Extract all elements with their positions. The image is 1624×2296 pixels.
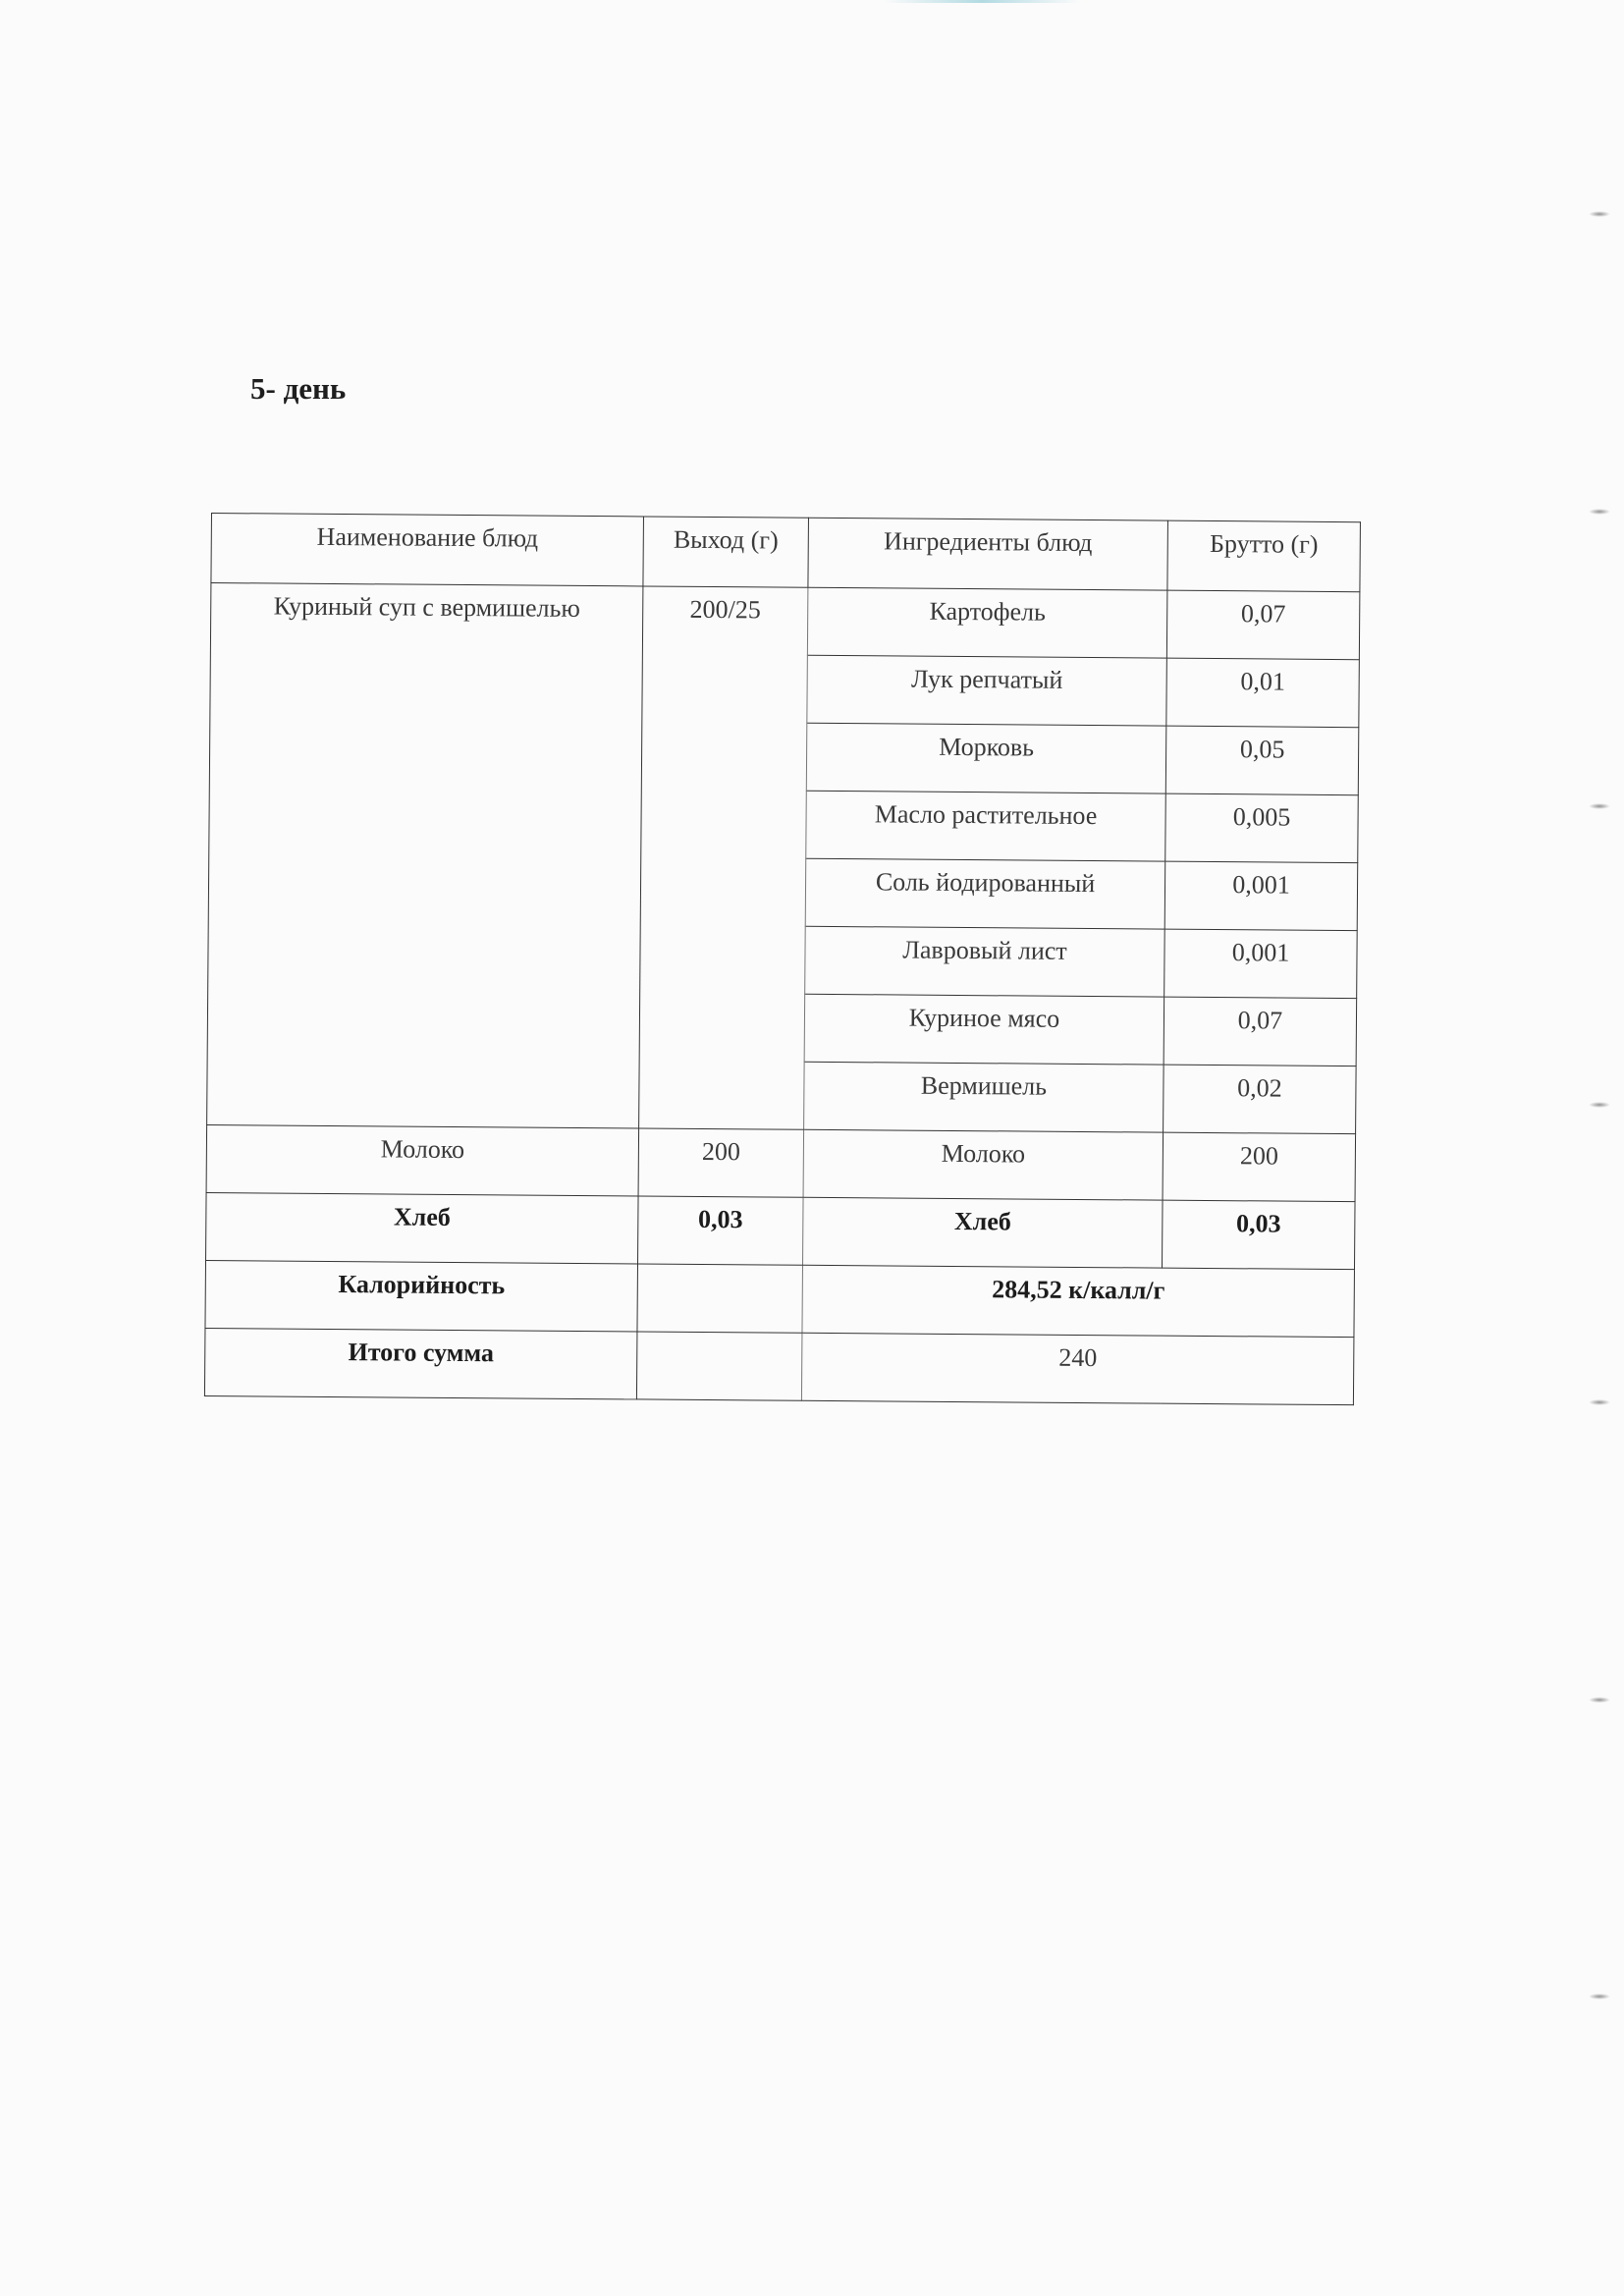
ingredient-gross-cell: 0,05 [1165,726,1359,795]
ingredient-name-cell: Куриное мясо [804,994,1164,1065]
ingredient-name-cell: Морковь [806,723,1166,793]
ingredient-gross-cell: 0,07 [1164,997,1357,1066]
total-value: 240 [801,1333,1354,1404]
menu-table: Наименование блюд Выход (г) Ингредиенты … [204,513,1361,1405]
binding-hole-mark [1589,1102,1610,1108]
ingredient-name-cell: Лавровый лист [805,926,1165,997]
total-row: Итого сумма240 [204,1328,1354,1404]
table-header-row: Наименование блюд Выход (г) Ингредиенты … [211,514,1361,592]
ingredient-name-cell: Хлеб [803,1197,1164,1268]
table-row: Молоко200Молоко200 [206,1124,1356,1201]
table-body: Куриный суп с вермишелью200/25Картофель0… [204,583,1359,1405]
dish-name-cell: Хлеб [206,1192,639,1263]
calories-label: Калорийность [205,1260,638,1331]
calories-value: 284,52 к/калл/г [802,1265,1355,1337]
binding-hole-mark [1589,1697,1610,1703]
dish-yield-cell: 200 [638,1128,804,1197]
ingredient-gross-cell: 200 [1163,1132,1356,1202]
ingredient-name-cell: Вермишель [804,1062,1164,1132]
binding-hole-mark [1589,803,1610,809]
calories-row: Калорийность284,52 к/калл/г [205,1260,1355,1337]
ingredient-gross-cell: 0,001 [1164,929,1358,999]
ingredient-name-cell: Масло растительное [806,791,1166,861]
table-row: Куриный суп с вермишелью200/25Картофель0… [210,583,1360,660]
ingredient-name-cell: Молоко [803,1129,1164,1200]
ingredient-gross-cell: 0,001 [1164,861,1358,931]
binding-hole-mark [1589,509,1610,515]
dish-yield-cell: 0,03 [638,1196,804,1265]
header-ingredients: Ингредиенты блюд [808,518,1168,590]
table-row: Хлеб0,03Хлеб0,03 [206,1192,1356,1269]
binding-hole-mark [1589,1399,1610,1405]
ingredient-gross-cell: 0,005 [1165,793,1359,863]
total-empty-cell [636,1332,802,1400]
dish-name-cell: Молоко [206,1124,639,1195]
ingredient-gross-cell: 0,03 [1162,1200,1355,1270]
ingredient-name-cell: Картофель [807,587,1167,658]
ingredient-gross-cell: 0,01 [1166,658,1360,728]
ingredient-name-cell: Соль йодированный [805,858,1165,929]
ingredient-gross-cell: 0,07 [1166,590,1360,660]
binding-hole-mark [1589,211,1610,217]
ingredient-name-cell: Лук репчатый [807,655,1167,726]
header-yield: Выход (г) [643,517,809,587]
header-dish-name: Наименование блюд [211,514,644,586]
menu-table-container: Наименование блюд Выход (г) Ингредиенты … [204,513,1361,1405]
dish-name-cell: Куриный суп с вермишелью [207,583,643,1128]
header-gross: Брутто (г) [1167,520,1361,592]
dish-yield-cell: 200/25 [639,586,808,1129]
page-heading: 5- день [250,371,346,407]
calories-empty-cell [637,1264,803,1333]
ingredient-gross-cell: 0,02 [1164,1065,1357,1134]
binding-hole-mark [1589,1994,1610,1999]
total-label: Итого сумма [204,1328,637,1398]
scan-edge-artifact [884,0,1080,3]
